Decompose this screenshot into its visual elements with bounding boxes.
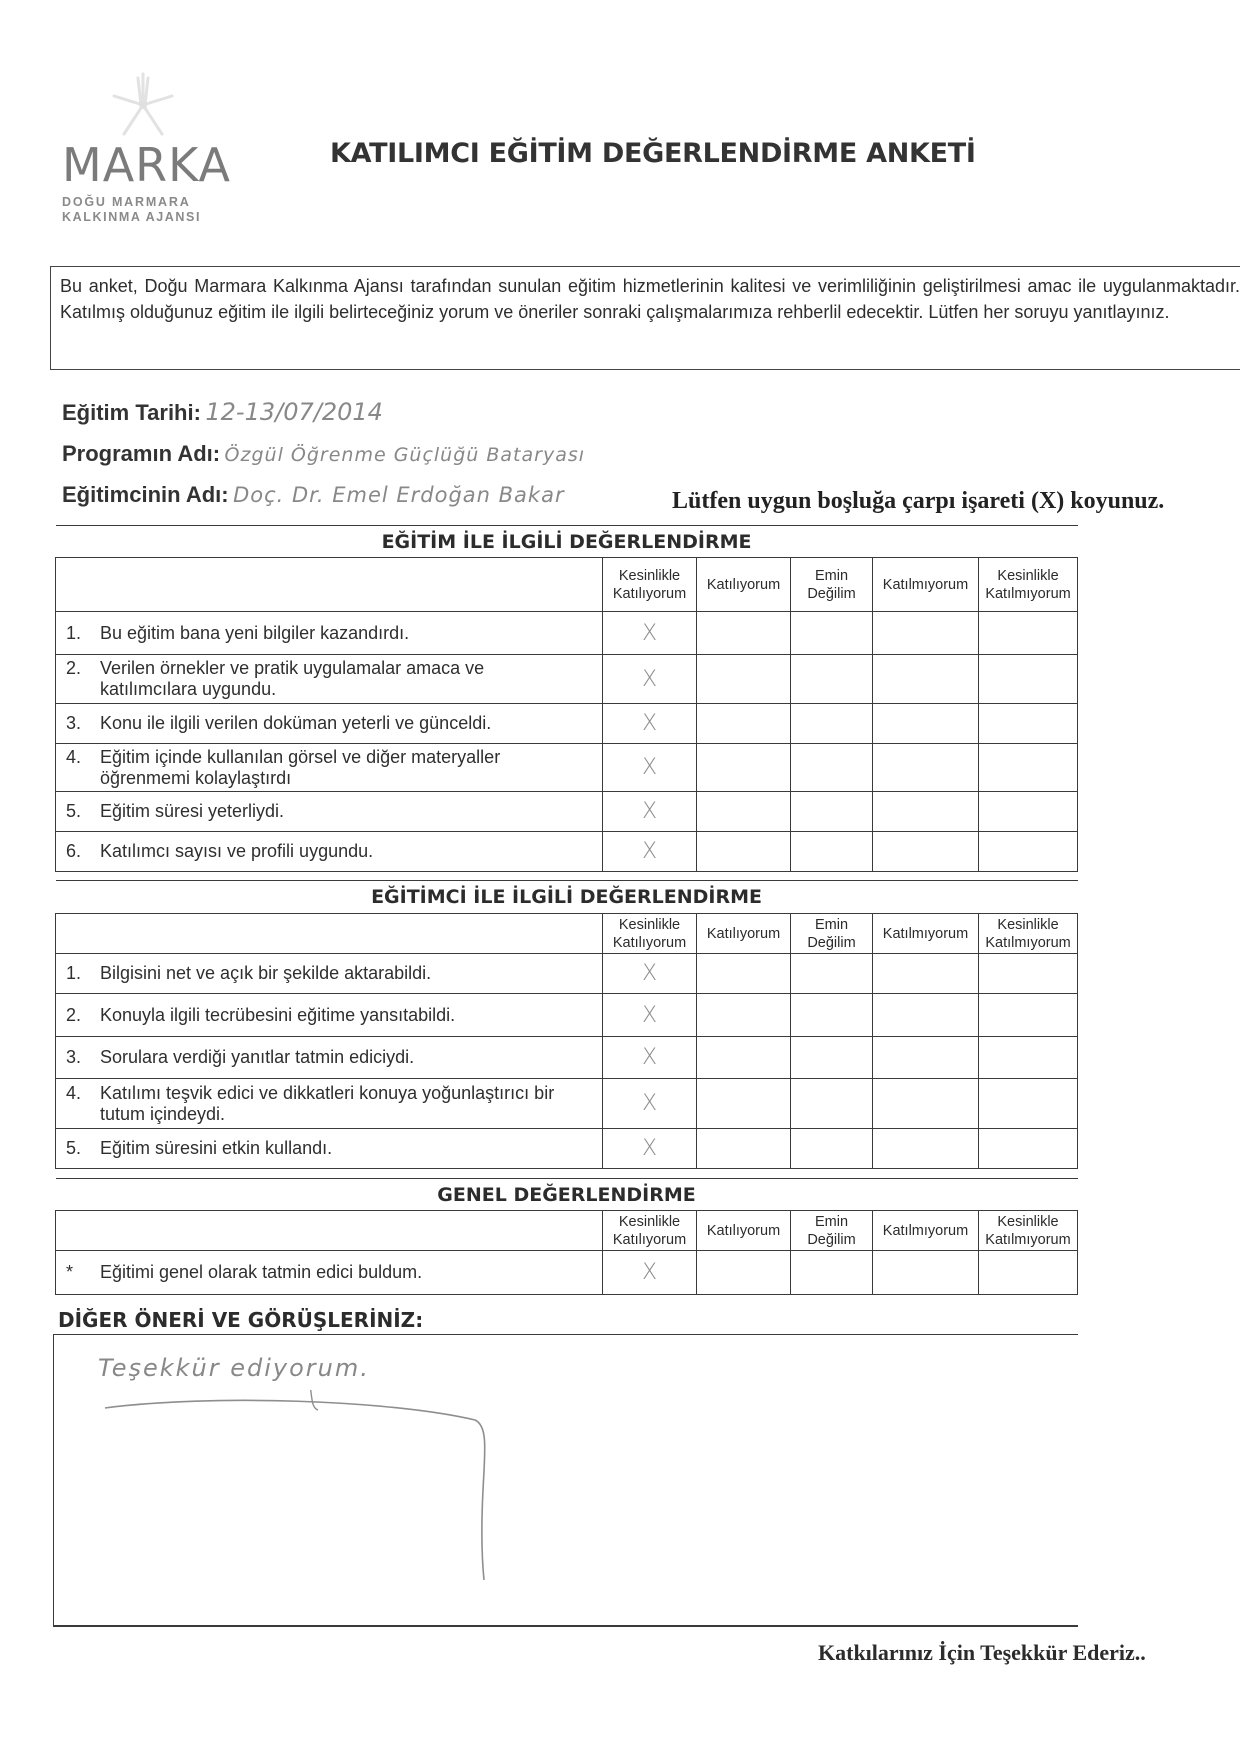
- scale-header: Katılmıyorum: [873, 914, 979, 954]
- answer-cell[interactable]: [979, 832, 1078, 872]
- scale-header: Katılıyorum: [697, 558, 791, 612]
- question-number: 5.: [66, 1138, 100, 1159]
- section-table: EĞİTİMCİ İLE İLGİLİ DEĞERLENDİRMEKesinli…: [55, 880, 1078, 1169]
- question-row: 2.Verilen örnekler ve pratik uygulamalar…: [56, 655, 1078, 704]
- answer-cell[interactable]: [791, 1129, 873, 1169]
- answer-cell-marked[interactable]: X: [603, 612, 697, 655]
- scale-header: Kesinlikle Katılıyorum: [603, 1211, 697, 1251]
- question-row: 3.Sorulara verdiği yanıtlar tatmin edici…: [56, 1037, 1078, 1079]
- answer-cell[interactable]: [697, 612, 791, 655]
- question-cell: 2.Konuyla ilgili tecrübesini eğitime yan…: [56, 994, 603, 1037]
- answer-cell[interactable]: [791, 704, 873, 744]
- question-row: 1.Bilgisini net ve açık bir şekilde akta…: [56, 954, 1078, 994]
- answer-cell-marked[interactable]: X: [603, 792, 697, 832]
- question-cell: 4.Katılımı teşvik edici ve dikkatleri ko…: [56, 1079, 603, 1129]
- answer-cell[interactable]: [979, 1079, 1078, 1129]
- answer-cell[interactable]: [873, 954, 979, 994]
- question-number: 4.: [66, 1083, 100, 1125]
- answer-cell[interactable]: [979, 612, 1078, 655]
- question-row: *Eğitimi genel olarak tatmin edici buldu…: [56, 1251, 1078, 1295]
- star-burst-icon: [108, 70, 178, 140]
- other-comments-title: DİĞER ÖNERİ VE GÖRÜŞLERİNİZ:: [58, 1308, 423, 1332]
- question-row: 5.Eğitim süresi yeterliydi.X: [56, 792, 1078, 832]
- question-number: 5.: [66, 801, 100, 822]
- scale-header: Kesinlikle Katılıyorum: [603, 558, 697, 612]
- header-blank-cell: [56, 558, 603, 612]
- question-number: 2.: [66, 658, 100, 700]
- answer-cell[interactable]: [873, 612, 979, 655]
- answer-cell[interactable]: [873, 994, 979, 1037]
- answer-cell[interactable]: [697, 832, 791, 872]
- question-number: 1.: [66, 963, 100, 984]
- answer-cell[interactable]: [873, 832, 979, 872]
- answer-cell[interactable]: [697, 954, 791, 994]
- question-number: 3.: [66, 1047, 100, 1068]
- other-comments-handwriting: Teşekkür ediyorum.: [98, 1354, 370, 1382]
- footer-thanks: Katkılarınız İçin Teşekkür Ederiz..: [818, 1640, 1146, 1666]
- answer-cell[interactable]: [873, 655, 979, 704]
- scale-header: Katılıyorum: [697, 914, 791, 954]
- answer-cell[interactable]: [791, 1251, 873, 1295]
- answer-cell[interactable]: [791, 994, 873, 1037]
- scale-header: Emin Değilim: [791, 914, 873, 954]
- question-row: 5.Eğitim süresini etkin kullandı.X: [56, 1129, 1078, 1169]
- answer-cell[interactable]: [979, 954, 1078, 994]
- question-number: 4.: [66, 747, 100, 789]
- scale-header: Kesinlikle Katılmıyorum: [979, 558, 1078, 612]
- question-row: 4.Katılımı teşvik edici ve dikkatleri ko…: [56, 1079, 1078, 1129]
- scale-header: Katılıyorum: [697, 1211, 791, 1251]
- instruction-text: Lütfen uygun boşluğa çarpı işareti (X) k…: [672, 488, 1164, 515]
- answer-cell[interactable]: [873, 1037, 979, 1079]
- answer-cell[interactable]: [697, 704, 791, 744]
- answer-cell[interactable]: [979, 994, 1078, 1037]
- answer-cell[interactable]: [697, 655, 791, 704]
- logo-subtitle-line1: DOĞU MARMARA: [62, 195, 191, 209]
- question-number: 2.: [66, 1005, 100, 1026]
- handwritten-bracket-icon: [60, 1390, 520, 1590]
- answer-cell-marked[interactable]: X: [603, 1037, 697, 1079]
- program-name-field: Programın Adı: Özgül Öğrenme Güçlüğü Bat…: [62, 441, 585, 467]
- question-cell: 5.Eğitim süresi yeterliydi.: [56, 792, 603, 832]
- question-text: Katılımı teşvik edici ve dikkatleri konu…: [100, 1083, 602, 1125]
- answer-cell[interactable]: [791, 1079, 873, 1129]
- question-cell: 3.Sorulara verdiği yanıtlar tatmin edici…: [56, 1037, 603, 1079]
- answer-cell-marked[interactable]: X: [603, 1129, 697, 1169]
- answer-cell[interactable]: [791, 954, 873, 994]
- question-text: Bilgisini net ve açık bir şekilde aktara…: [100, 963, 602, 984]
- question-text: Verilen örnekler ve pratik uygulamalar a…: [100, 658, 602, 700]
- question-text: Eğitim içinde kullanılan görsel ve diğer…: [100, 747, 602, 789]
- answer-cell[interactable]: [697, 1129, 791, 1169]
- scale-header: Kesinlikle Katılmıyorum: [979, 1211, 1078, 1251]
- question-text: Katılımcı sayısı ve profili uygundu.: [100, 841, 602, 862]
- scale-header: Kesinlikle Katılmıyorum: [979, 914, 1078, 954]
- answer-cell[interactable]: [979, 1129, 1078, 1169]
- answer-cell-marked[interactable]: X: [603, 704, 697, 744]
- answer-cell[interactable]: [979, 704, 1078, 744]
- question-cell: 5.Eğitim süresini etkin kullandı.: [56, 1129, 603, 1169]
- answer-cell[interactable]: [791, 744, 873, 792]
- scale-header: Kesinlikle Katılıyorum: [603, 914, 697, 954]
- question-text: Konu ile ilgili verilen doküman yeterli …: [100, 713, 602, 734]
- question-row: 1.Bu eğitim bana yeni bilgiler kazandırd…: [56, 612, 1078, 655]
- answer-cell[interactable]: [697, 994, 791, 1037]
- answer-cell-marked[interactable]: X: [603, 994, 697, 1037]
- question-row: 3.Konu ile ilgili verilen doküman yeterl…: [56, 704, 1078, 744]
- header-blank-cell: [56, 1211, 603, 1251]
- logo-subtitle-line2: KALKINMA AJANSI: [62, 210, 201, 224]
- question-cell: 4.Eğitim içinde kullanılan görsel ve diğ…: [56, 744, 603, 792]
- program-name-label: Programın Adı:: [62, 441, 220, 466]
- section-title: GENEL DEĞERLENDİRME: [56, 1179, 1078, 1211]
- question-number: 3.: [66, 713, 100, 734]
- section-title: EĞİTİM İLE İLGİLİ DEĞERLENDİRME: [56, 526, 1078, 558]
- question-number: 1.: [66, 623, 100, 644]
- logo-name: MARKA: [62, 138, 231, 192]
- answer-cell[interactable]: [979, 655, 1078, 704]
- question-number: 6.: [66, 841, 100, 862]
- question-cell: 1.Bu eğitim bana yeni bilgiler kazandırd…: [56, 612, 603, 655]
- scale-header: Katılmıyorum: [873, 558, 979, 612]
- answer-cell[interactable]: [873, 1129, 979, 1169]
- answer-cell-marked[interactable]: X: [603, 832, 697, 872]
- question-text: Eğitim süresini etkin kullandı.: [100, 1138, 602, 1159]
- answer-cell[interactable]: [873, 792, 979, 832]
- answer-cell-marked[interactable]: X: [603, 1079, 697, 1129]
- section-table: EĞİTİM İLE İLGİLİ DEĞERLENDİRMEKesinlikl…: [55, 525, 1078, 872]
- question-row: 2.Konuyla ilgili tecrübesini eğitime yan…: [56, 994, 1078, 1037]
- program-name-value[interactable]: Özgül Öğrenme Güçlüğü Bataryası: [225, 444, 585, 466]
- answer-cell[interactable]: [697, 1079, 791, 1129]
- answer-cell[interactable]: [791, 612, 873, 655]
- question-text: Eğitim süresi yeterliydi.: [100, 801, 602, 822]
- intro-text: Bu anket, Doğu Marmara Kalkınma Ajansı t…: [60, 273, 1240, 325]
- question-text: Sorulara verdiği yanıtlar tatmin ediciyd…: [100, 1047, 602, 1068]
- scale-header: Emin Değilim: [791, 558, 873, 612]
- section-title: EĞİTİMCİ İLE İLGİLİ DEĞERLENDİRME: [56, 881, 1078, 914]
- answer-cell[interactable]: [697, 744, 791, 792]
- trainer-name-field: Eğitimcinin Adı: Doç. Dr. Emel Erdoğan B…: [62, 482, 565, 508]
- trainer-name-label: Eğitimcinin Adı:: [62, 482, 229, 507]
- question-number: *: [66, 1262, 100, 1283]
- answer-cell[interactable]: [873, 744, 979, 792]
- answer-cell[interactable]: [979, 1037, 1078, 1079]
- answer-cell-marked[interactable]: X: [603, 655, 697, 704]
- answer-cell-marked[interactable]: X: [603, 1251, 697, 1295]
- question-cell: 3.Konu ile ilgili verilen doküman yeterl…: [56, 704, 603, 744]
- section-table: GENEL DEĞERLENDİRMEKesinlikle Katılıyoru…: [55, 1178, 1078, 1295]
- question-cell: 2.Verilen örnekler ve pratik uygulamalar…: [56, 655, 603, 704]
- answer-cell[interactable]: [873, 1251, 979, 1295]
- answer-cell[interactable]: [873, 1079, 979, 1129]
- training-date-value[interactable]: 12-13/07/2014: [205, 398, 383, 426]
- answer-cell[interactable]: [979, 1251, 1078, 1295]
- answer-cell-marked[interactable]: X: [603, 954, 697, 994]
- question-text: Eğitimi genel olarak tatmin edici buldum…: [100, 1262, 602, 1283]
- question-cell: 6.Katılımcı sayısı ve profili uygundu.: [56, 832, 603, 872]
- answer-cell[interactable]: [697, 1251, 791, 1295]
- document-title: KATILIMCI EĞİTİM DEĞERLENDİRME ANKETİ: [330, 138, 976, 169]
- answer-cell[interactable]: [791, 832, 873, 872]
- scale-header: Emin Değilim: [791, 1211, 873, 1251]
- question-row: 4.Eğitim içinde kullanılan görsel ve diğ…: [56, 744, 1078, 792]
- training-date-label: Eğitim Tarihi:: [62, 400, 201, 425]
- question-text: Konuyla ilgili tecrübesini eğitime yansı…: [100, 1005, 602, 1026]
- trainer-name-value[interactable]: Doç. Dr. Emel Erdoğan Bakar: [233, 483, 565, 507]
- question-cell: *Eğitimi genel olarak tatmin edici buldu…: [56, 1251, 603, 1295]
- question-text: Bu eğitim bana yeni bilgiler kazandırdı.: [100, 623, 602, 644]
- scale-header: Katılmıyorum: [873, 1211, 979, 1251]
- answer-cell-marked[interactable]: X: [603, 744, 697, 792]
- answer-cell[interactable]: [791, 792, 873, 832]
- answer-cell[interactable]: [697, 1037, 791, 1079]
- training-date-field: Eğitim Tarihi: 12-13/07/2014: [62, 398, 383, 426]
- answer-cell[interactable]: [873, 704, 979, 744]
- header-blank-cell: [56, 914, 603, 954]
- question-cell: 1.Bilgisini net ve açık bir şekilde akta…: [56, 954, 603, 994]
- answer-cell[interactable]: [791, 655, 873, 704]
- answer-cell[interactable]: [979, 792, 1078, 832]
- question-row: 6.Katılımcı sayısı ve profili uygundu.X: [56, 832, 1078, 872]
- answer-cell[interactable]: [979, 744, 1078, 792]
- answer-cell[interactable]: [697, 792, 791, 832]
- answer-cell[interactable]: [791, 1037, 873, 1079]
